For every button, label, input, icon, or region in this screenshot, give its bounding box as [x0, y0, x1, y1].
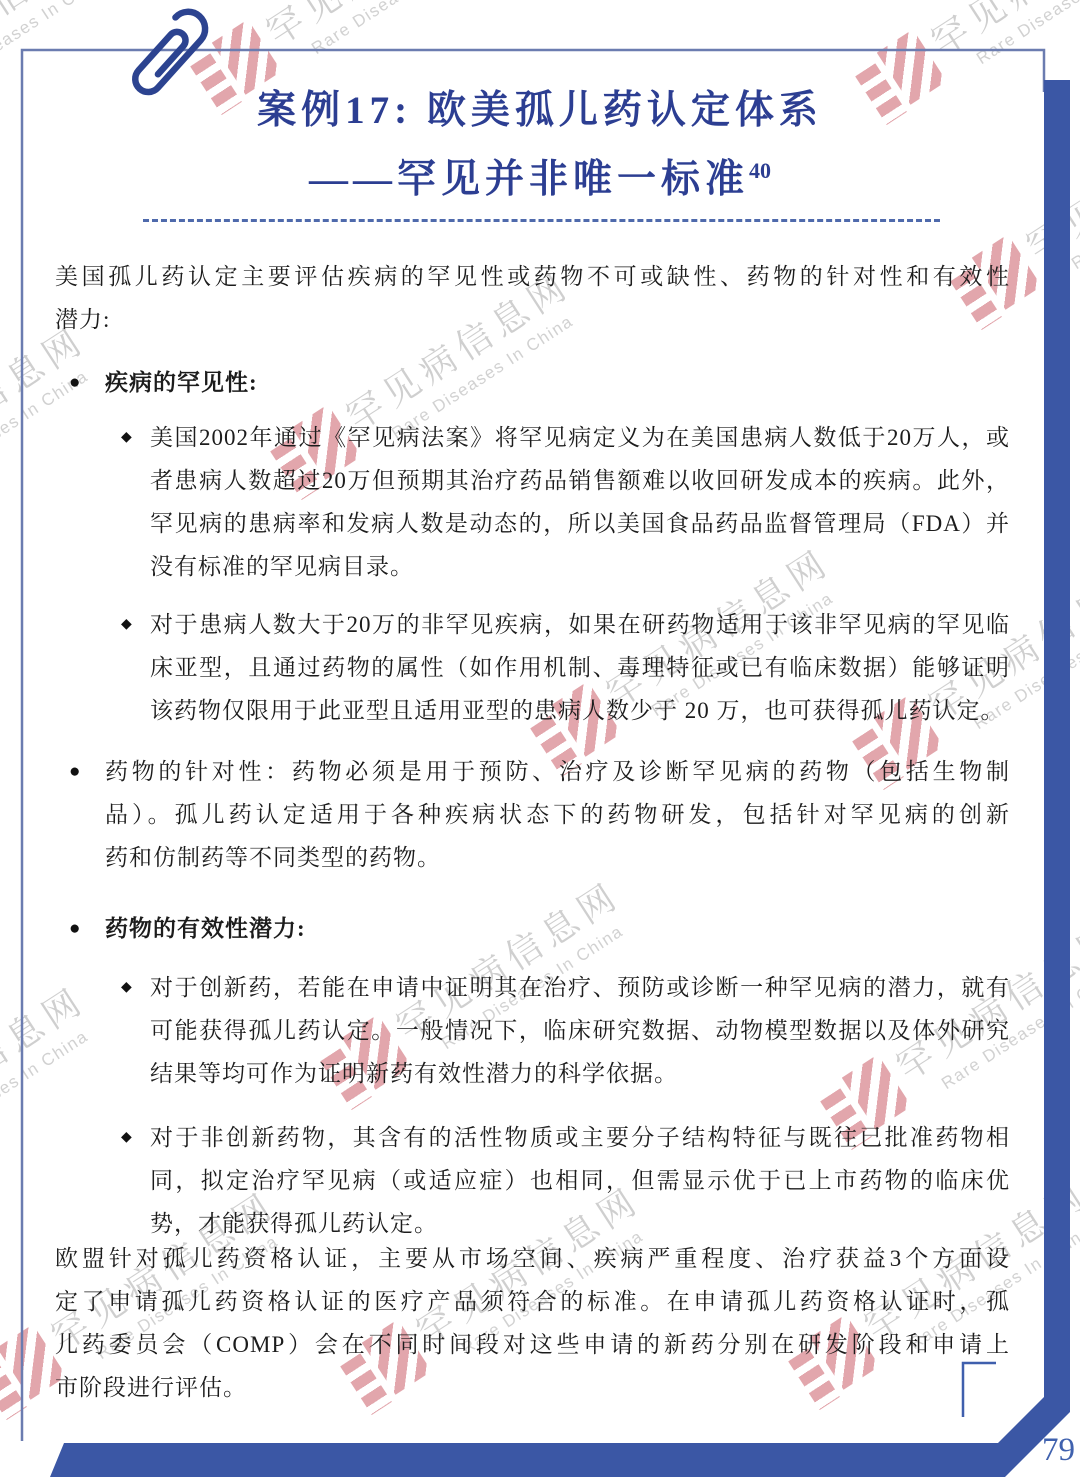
bullet-item-drug-efficacy: ● 药物的有效性潜力:	[105, 907, 1010, 950]
document-page: 罕见病信息网Rare Diseases In China 罕见病信息网Rare …	[0, 0, 1080, 1482]
bullet-dot-icon: ●	[69, 750, 81, 793]
case-subtitle: ——罕见并非唯一标准	[309, 158, 749, 201]
sub-item-innovative-drug: ◆ 对于创新药，若能在申请中证明其在治疗、预防或诊断一种罕见病的潜力，就有 可能…	[150, 966, 1010, 1095]
text-line: 对于患病人数大于20万的非罕见疾病，如果在研药物适用于该非罕见病的罕见临	[150, 603, 1010, 646]
text-line: 市阶段进行评估。	[55, 1366, 1010, 1409]
closing-paragraph: 欧盟针对孤儿药资格认证，主要从市场空间、疾病严重程度、治疗获益3个方面设 定了申…	[55, 1237, 1010, 1409]
text-line: 同，拟定治疗罕见病（或适应症）也相同，但需显示优于已上市药物的临床优	[150, 1159, 1010, 1202]
text-line: 药物的针对性：药物必须是用于预防、治疗及诊断罕见病的药物（包括生物制	[105, 750, 1010, 793]
text-line: 欧盟针对孤儿药资格认证，主要从市场空间、疾病严重程度、治疗获益3个方面设	[55, 1237, 1010, 1280]
bullet-dot-icon: ●	[69, 361, 81, 404]
text-line: 床亚型，且通过药物的属性（如作用机制、毒理特征或已有临床数据）能够证明	[150, 646, 1010, 689]
case-title-line1: 案例17: 欧美孤儿药认定体系	[60, 88, 1020, 134]
diamond-bullet-icon: ◆	[121, 603, 133, 646]
diamond-bullet-icon: ◆	[121, 1116, 133, 1159]
footnote-reference: 40	[749, 158, 771, 183]
text-line: 美国孤儿药认定主要评估疾病的罕见性或药物不可或缺性、药物的针对性和有效性	[55, 255, 1010, 298]
text-line: 品）。孤儿药认定适用于各种疾病状态下的药物研发，包括针对罕见病的创新	[105, 793, 1010, 836]
text-line: 药和仿制药等不同类型的药物。	[105, 836, 1010, 879]
text-line: 对于创新药，若能在申请中证明其在治疗、预防或诊断一种罕见病的潜力，就有	[150, 966, 1010, 1009]
diamond-bullet-icon: ◆	[121, 416, 133, 459]
text-line: 者患病人数超过20万但预期其治疗药品销售额难以收回研发成本的疾病。此外，	[150, 459, 1010, 502]
bullet-heading: 药物的有效性潜力:	[105, 907, 1010, 950]
text-line: 可能获得孤儿药认定。一般情况下，临床研究数据、动物模型数据以及体外研究	[150, 1009, 1010, 1052]
text-line: 儿药委员会（COMP）会在不同时间段对这些申请的新药分别在研发阶段和申请上	[55, 1323, 1010, 1366]
bullet-item-disease-rarity: ● 疾病的罕见性:	[105, 361, 1010, 404]
diamond-bullet-icon: ◆	[121, 966, 133, 1009]
text-line: 没有标准的罕见病目录。	[150, 545, 1010, 588]
sub-item-us-definition: ◆ 美国2002年通过《罕见病法案》将罕见病定义为在美国患病人数低于20万人，或…	[150, 416, 1010, 588]
bullet-heading: 疾病的罕见性:	[105, 361, 1010, 404]
intro-paragraph: 美国孤儿药认定主要评估疾病的罕见性或药物不可或缺性、药物的针对性和有效性 潜力:	[55, 255, 1010, 341]
text-line: 结果等均可作为证明新药有效性潜力的科学依据。	[150, 1052, 1010, 1095]
text-line: 罕见病的患病率和发病人数是动态的，所以美国食品药品监督管理局（FDA）并	[150, 502, 1010, 545]
sub-item-subtype: ◆ 对于患病人数大于20万的非罕见疾病，如果在研药物适用于该非罕见病的罕见临 床…	[150, 603, 1010, 732]
sub-item-non-innovative-drug: ◆ 对于非创新药物，其含有的活性物质或主要分子结构特征与既往已批准药物相 同，拟…	[150, 1116, 1010, 1245]
text-line: 定了申请孤儿药资格认证的医疗产品须符合的标准。在申请孤儿药资格认证时，孤	[55, 1280, 1010, 1323]
text-line: 美国2002年通过《罕见病法案》将罕见病定义为在美国患病人数低于20万人，或	[150, 416, 1010, 459]
dashed-divider	[143, 219, 940, 222]
bullet-dot-icon: ●	[69, 907, 81, 950]
text-line: 潜力:	[55, 298, 1010, 341]
case-title-line2: ——罕见并非唯一标准40	[60, 148, 1020, 203]
bullet-item-drug-specificity: ● 药物的针对性：药物必须是用于预防、治疗及诊断罕见病的药物（包括生物制 品）。…	[105, 750, 1010, 879]
text-line: 对于非创新药物，其含有的活性物质或主要分子结构特征与既往已批准药物相	[150, 1116, 1010, 1159]
page-number: 79	[1042, 1432, 1075, 1469]
text-line: 该药物仅限用于此亚型且适用亚型的患病人数少于 20 万，也可获得孤儿药认定。	[150, 689, 1010, 732]
